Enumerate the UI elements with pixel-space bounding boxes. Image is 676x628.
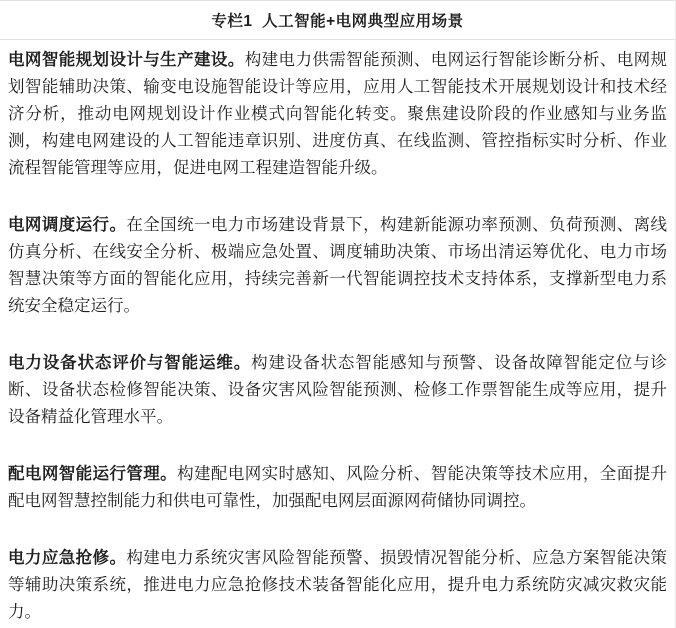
paragraph-heading: 电网智能规划设计与生产建设。 <box>8 51 245 69</box>
paragraph-distribution-network-management: 配电网智能运行管理。构建配电网实时感知、风险分析、智能决策等技术应用，全面提升配… <box>8 461 667 515</box>
paragraph-heading: 电力设备状态评价与智能运维。 <box>8 354 251 372</box>
paragraph-emergency-repair: 电力应急抢修。构建电力系统灾害风险智能预警、损毁情况智能分析、应急方案智能决策等… <box>8 545 667 626</box>
paragraph-equipment-condition-evaluation: 电力设备状态评价与智能运维。构建设备状态智能感知与预警、设备故障智能定位与诊断、… <box>8 350 667 431</box>
paragraph-grid-planning-construction: 电网智能规划设计与生产建设。构建电力供需智能预测、电网运行智能诊断分析、电网规划… <box>8 47 667 182</box>
paragraph-grid-dispatch-operation: 电网调度运行。在全国统一电力市场建设背景下，构建新能源功率预测、负荷预测、离线仿… <box>8 212 667 320</box>
document-column-box: 专栏1 人工智能+电网典型应用场景 电网智能规划设计与生产建设。构建电力供需智能… <box>0 0 676 628</box>
paragraph-heading: 配电网智能运行管理。 <box>8 465 177 483</box>
column-content: 电网智能规划设计与生产建设。构建电力供需智能预测、电网运行智能诊断分析、电网规划… <box>0 40 675 626</box>
paragraph-heading: 电力应急抢修。 <box>8 549 126 567</box>
column-title-bar: 专栏1 人工智能+电网典型应用场景 <box>0 0 675 40</box>
paragraph-heading: 电网调度运行。 <box>8 216 126 234</box>
column-title: 专栏1 人工智能+电网典型应用场景 <box>211 9 463 31</box>
paragraph-body: 构建电力供需智能预测、电网运行智能诊断分析、电网规划智能辅助决策、输变电设施智能… <box>8 51 667 177</box>
